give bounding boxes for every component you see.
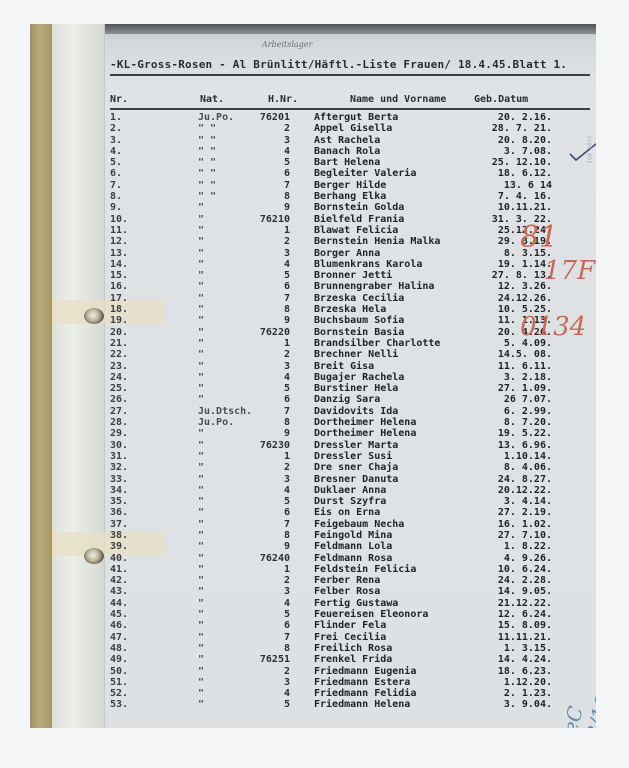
nationality: " (198, 248, 204, 259)
prisoner-number: 5 (234, 157, 290, 168)
table-row: 42."2Ferber Rena24. 2.28. (30, 575, 596, 586)
prisoner-name: Friedmann Estera (314, 677, 410, 688)
birth-date: 12. 6.24. (430, 609, 552, 620)
prisoner-name: Feigebaum Necha (314, 519, 404, 530)
prisoner-number: 3 (234, 361, 290, 372)
row-number: 12. (110, 236, 128, 247)
table-row: 53."5Friedmann Helena3. 9.04. (30, 699, 596, 710)
table-row: 21."1Brandsilber Charlotte5. 4.09. (30, 338, 596, 349)
prisoner-number: 8 (234, 530, 290, 541)
prisoner-name: Bronner Jetti (314, 270, 392, 281)
prisoner-name: Brzeska Cecilia (314, 293, 404, 304)
nationality: " (198, 214, 204, 225)
row-number: 1. (110, 112, 122, 123)
prisoner-name: Ferber Rena (314, 575, 380, 586)
prisoner-name: Fertig Gustawa (314, 598, 398, 609)
table-row: 4." "4Banach Rola3. 7.08. (30, 146, 596, 157)
table-row: 38."8Feingold Mina27. 7.10. (30, 530, 596, 541)
prisoner-number: 5 (234, 270, 290, 281)
birth-date: 10.11.21. (430, 202, 552, 213)
table-row: 30."76230Dressler Marta13. 6.96. (30, 440, 596, 451)
prisoner-name: Freilich Rosa (314, 643, 392, 654)
prisoner-name: Friedmann Felidia (314, 688, 416, 699)
birth-date: 14. 4.24. (430, 654, 552, 665)
nationality: " (198, 270, 204, 281)
row-number: 6. (110, 168, 122, 179)
table-row: 43."3Felber Rosa14. 9.05. (30, 586, 596, 597)
prisoner-number: 7 (234, 293, 290, 304)
prisoner-number: 9 (234, 428, 290, 439)
row-number: 48. (110, 643, 128, 654)
prisoner-number: 76230 (234, 440, 290, 451)
red-annotation: 17F (544, 256, 595, 286)
birth-date: 27. 2.19. (430, 507, 552, 518)
nationality: " (198, 654, 204, 665)
prisoner-name: Dortheimer Helena (314, 417, 416, 428)
prisoner-name: Feldmann Lola (314, 541, 392, 552)
table-row: 1.Ju.Po.76201Aftergut Berta20. 2.16. (30, 112, 596, 123)
nationality: " (198, 349, 204, 360)
table-row: 40."76240Feldmann Rosa4. 9.26. (30, 553, 596, 564)
birth-date: 6. 2.99. (430, 406, 552, 417)
nationality: " (198, 586, 204, 597)
prisoner-name: Duklaer Anna (314, 485, 386, 496)
row-number: 18. (110, 304, 128, 315)
table-row: 23."3Breit Gisa11. 6.11. (30, 361, 596, 372)
red-annotation: 81 (520, 220, 558, 255)
birth-date: 13. 6.96. (430, 440, 552, 451)
prisoner-number: 76240 (234, 553, 290, 564)
nationality: " (198, 598, 204, 609)
nationality: " (198, 315, 204, 326)
birth-date: 24. 2.28. (430, 575, 552, 586)
row-number: 11. (110, 225, 128, 236)
prisoner-name: Brunnengraber Halina (314, 281, 434, 292)
prisoner-number: 2 (234, 575, 290, 586)
nationality: " (198, 553, 204, 564)
nationality: " (198, 507, 204, 518)
table-row: 31."1Dressler Susi1.10.14. (30, 451, 596, 462)
row-number: 51. (110, 677, 128, 688)
birth-date: 10. 6.24. (430, 564, 552, 575)
prisoner-number: 3 (234, 248, 290, 259)
row-number: 15. (110, 270, 128, 281)
prisoner-number: 9 (234, 202, 290, 213)
table-row: 28.Ju.Po.8Dortheimer Helena8. 7.20. (30, 417, 596, 428)
row-number: 28. (110, 417, 128, 428)
prisoner-name: Appel Gisella (314, 123, 392, 134)
table-row: 15."5Bronner Jetti27. 8. 13. (30, 270, 596, 281)
table-row: 16."6Brunnengraber Halina12. 3.26. (30, 281, 596, 292)
nationality: " (198, 632, 204, 643)
prisoner-name: Feuereisen Eleonora (314, 609, 428, 620)
prisoner-name: Bugajer Rachela (314, 372, 404, 383)
table-row: 6." "6Begleiter Valeria18. 6.12. (30, 168, 596, 179)
title-rule (110, 74, 590, 76)
row-number: 17. (110, 293, 128, 304)
table-row: 33."3Bresner Danuta24. 8.27. (30, 474, 596, 485)
column-header-nat: Nat. (200, 94, 224, 105)
prisoner-name: Frei Cecilia (314, 632, 386, 643)
birth-date: 3. 4.14. (430, 496, 552, 507)
table-row: 41."1Feldstein Felicia10. 6.24. (30, 564, 596, 575)
row-number: 46. (110, 620, 128, 631)
prisoner-number: 5 (234, 609, 290, 620)
nationality: " (198, 609, 204, 620)
pencil-note: Arbeitslager (262, 40, 312, 49)
prisoner-name: Bielfeld Frania (314, 214, 404, 225)
table-row: 47."7Frei Cecilia11.11.21. (30, 632, 596, 643)
table-row: 5." "5Bart Helena25. 12.10. (30, 157, 596, 168)
nationality: " (198, 541, 204, 552)
prisoner-number: 2 (234, 123, 290, 134)
row-number: 44. (110, 598, 128, 609)
nationality: " (198, 293, 204, 304)
prisoner-name: Begleiter Valeria (314, 168, 416, 179)
birth-date: 3. 9.04. (430, 699, 552, 710)
red-annotation: 0134 (520, 312, 586, 342)
birth-date: 21.12.22. (430, 598, 552, 609)
prisoner-number: 1 (234, 451, 290, 462)
row-number: 43. (110, 586, 128, 597)
birth-date: 7. 4. 16. (430, 191, 552, 202)
nationality: " " (198, 146, 216, 157)
table-row: 14."4Blumenkrans Karola19. 1.14. (30, 259, 596, 270)
nationality: " (198, 394, 204, 405)
table-row: 24."4Bugajer Rachela3. 2.18. (30, 372, 596, 383)
prisoner-number: 76220 (234, 327, 290, 338)
table-row: 35."5Durst Szyfra3. 4.14. (30, 496, 596, 507)
row-number: 37. (110, 519, 128, 530)
nationality: " (198, 383, 204, 394)
nationality: Ju.Po. (198, 112, 234, 123)
birth-date: 1.10.14. (430, 451, 552, 462)
birth-date: 2. 1.23. (430, 688, 552, 699)
prisoner-number: 3 (234, 586, 290, 597)
birth-date: 18. 6.23. (430, 666, 552, 677)
prisoner-number: 5 (234, 496, 290, 507)
prisoner-name: Frenkel Frida (314, 654, 392, 665)
nationality: " (198, 236, 204, 247)
table-row: 50."2Friedmann Eugenia18. 6.23. (30, 666, 596, 677)
table-row: 45."5Feuereisen Eleonora12. 6.24. (30, 609, 596, 620)
prisoner-name: Feingold Mina (314, 530, 392, 541)
prisoner-name: Flinder Fela (314, 620, 386, 631)
prisoner-name: Durst Szyfra (314, 496, 386, 507)
prisoner-number: 76210 (234, 214, 290, 225)
row-number: 49. (110, 654, 128, 665)
prisoner-name: Berger Hilde (314, 180, 386, 191)
birth-date: 11.11.21. (430, 632, 552, 643)
prisoner-name: Banach Rola (314, 146, 380, 157)
row-number: 16. (110, 281, 128, 292)
prisoner-number: 3 (234, 135, 290, 146)
prisoner-name: Dortheimer Helena (314, 428, 416, 439)
nationality: " " (198, 135, 216, 146)
prisoner-name: Blawat Felicia (314, 225, 398, 236)
prisoner-number: 4 (234, 688, 290, 699)
birth-date: 20.12.22. (430, 485, 552, 496)
prisoner-number: 4 (234, 146, 290, 157)
prisoner-number: 5 (234, 699, 290, 710)
table-row: 49."76251Frenkel Frida14. 4.24. (30, 654, 596, 665)
table-row: 12."2Bernstein Henia Malka29. 8.19. (30, 236, 596, 247)
column-header-date: Geb.Datum (474, 94, 528, 105)
prisoner-name: Blumenkrans Karola (314, 259, 422, 270)
nationality: " (198, 361, 204, 372)
birth-date: 18. 6.12. (430, 168, 552, 179)
table-row: 2." "2Appel Gisella28. 7. 21. (30, 123, 596, 134)
table-row: 37."7Feigebaum Necha16. 1.02. (30, 519, 596, 530)
prisoner-number: 2 (234, 349, 290, 360)
prisoner-name: Breit Gisa (314, 361, 374, 372)
row-number: 4. (110, 146, 122, 157)
row-number: 30. (110, 440, 128, 451)
prisoner-name: Friedmann Eugenia (314, 666, 416, 677)
table-row: 34."4Duklaer Anna20.12.22. (30, 485, 596, 496)
prisoner-number: 9 (234, 315, 290, 326)
table-row: 36."6Eis on Erna27. 2.19. (30, 507, 596, 518)
prisoner-number: 6 (234, 281, 290, 292)
birth-date: 20. 2.16. (430, 112, 552, 123)
nationality: " (198, 677, 204, 688)
row-number: 14. (110, 259, 128, 270)
birth-date: 4. 9.26. (430, 553, 552, 564)
prisoner-name: Feldmann Rosa (314, 553, 392, 564)
archive-stamp: ▯▯▯ ▯▯▯▯ (586, 135, 594, 164)
table-row: 17."7Brzeska Cecilia24.12.26. (30, 293, 596, 304)
birth-date: 28. 7. 21. (430, 123, 552, 134)
prisoner-name: Burstiner Hela (314, 383, 398, 394)
prisoner-number: 5 (234, 383, 290, 394)
nationality: " (198, 259, 204, 270)
column-header-name: Name und Vorname (350, 94, 446, 105)
row-number: 40. (110, 553, 128, 564)
birth-date: 24. 8.27. (430, 474, 552, 485)
row-number: 50. (110, 666, 128, 677)
birth-date: 8. 7.20. (430, 417, 552, 428)
table-row: 19."9Buchsbaum Sofia11. 1.13. (30, 315, 596, 326)
row-number: 9. (110, 202, 122, 213)
prisoner-number: 76251 (234, 654, 290, 665)
birth-date: 24.12.26. (430, 293, 552, 304)
row-number: 36. (110, 507, 128, 518)
prisoner-number: 6 (234, 168, 290, 179)
prisoner-name: Bernstein Henia Malka (314, 236, 440, 247)
row-number: 35. (110, 496, 128, 507)
birth-date: 12. 3.26. (430, 281, 552, 292)
table-row: 20."76220Bornstein Basia20. 4.26. (30, 327, 596, 338)
document-photo: Arbeitslager -KL-Gross-Rosen - Al Brünli… (30, 24, 596, 728)
birth-date: 25. 12.10. (430, 157, 552, 168)
prisoner-name: Feldstein Felicia (314, 564, 416, 575)
birth-date: 1. 8.22. (430, 541, 552, 552)
prisoner-name: Aftergut Berta (314, 112, 398, 123)
birth-date: 27. 1.09. (430, 383, 552, 394)
row-number: 8. (110, 191, 122, 202)
nationality: " (198, 225, 204, 236)
nationality: " (198, 281, 204, 292)
nationality: " (198, 462, 204, 473)
nationality: " (198, 372, 204, 383)
row-number: 3. (110, 135, 122, 146)
prisoner-number: 1 (234, 338, 290, 349)
prisoner-name: Berhang Elka (314, 191, 386, 202)
prisoner-name: Bart Helena (314, 157, 380, 168)
birth-date: 14. 9.05. (430, 586, 552, 597)
prisoner-number: 3 (234, 474, 290, 485)
birth-date: 1. 3.15. (430, 643, 552, 654)
table-row: 52."4Friedmann Felidia2. 1.23. (30, 688, 596, 699)
table-row: 32."2Dre sner Chaja8. 4.06. (30, 462, 596, 473)
birth-date: 20. 8.20. (430, 135, 552, 146)
prisoner-name: Bresner Danuta (314, 474, 398, 485)
nationality: " (198, 474, 204, 485)
nationality: " (198, 202, 204, 213)
prisoner-number: 9 (234, 541, 290, 552)
row-number: 31. (110, 451, 128, 462)
row-number: 38. (110, 530, 128, 541)
table-row: 48."8Freilich Rosa1. 3.15. (30, 643, 596, 654)
row-number: 21. (110, 338, 128, 349)
birth-date: 16. 1.02. (430, 519, 552, 530)
birth-date: 3. 2.18. (430, 372, 552, 383)
document-title: -KL-Gross-Rosen - Al Brünlitt/Häftl.-Lis… (110, 58, 567, 71)
table-row: 9."9Bornstein Golda10.11.21. (30, 202, 596, 213)
row-number: 19. (110, 315, 128, 326)
prisoner-name: Dressler Marta (314, 440, 398, 451)
prisoner-number: 7 (234, 180, 290, 191)
nationality: " (198, 428, 204, 439)
table-row: 18."8Brzeska Hela10. 5.25. (30, 304, 596, 315)
row-number: 41. (110, 564, 128, 575)
row-number: 7. (110, 180, 122, 191)
prisoner-number: 7 (234, 406, 290, 417)
birth-date: 19. 5.22. (430, 428, 552, 439)
prisoner-name: Danzig Sara (314, 394, 380, 405)
nationality: " (198, 530, 204, 541)
prisoner-name: Borger Anna (314, 248, 380, 259)
prisoner-name: Felber Rosa (314, 586, 380, 597)
birth-date: 8. 4.06. (430, 462, 552, 473)
prisoner-number: 4 (234, 485, 290, 496)
prisoner-number: 8 (234, 417, 290, 428)
table-row: 8." "8Berhang Elka7. 4. 16. (30, 191, 596, 202)
nationality: " (198, 485, 204, 496)
nationality: " (198, 496, 204, 507)
birth-date: 13. 6 14 (430, 180, 552, 191)
table-row: 10."76210Bielfeld Frania31. 3. 22. (30, 214, 596, 225)
nationality: " " (198, 180, 216, 191)
nationality: " (198, 304, 204, 315)
row-number: 34. (110, 485, 128, 496)
nationality: " (198, 327, 204, 338)
column-header-nr: Nr. (110, 94, 128, 105)
birth-date: 15. 8.09. (430, 620, 552, 631)
table-row: 22."2Brechner Nelli14.5. 08. (30, 349, 596, 360)
row-number: 10. (110, 214, 128, 225)
row-number: 32. (110, 462, 128, 473)
prisoner-name: Brandsilber Charlotte (314, 338, 440, 349)
birth-date: 3. 7.08. (430, 146, 552, 157)
row-number: 47. (110, 632, 128, 643)
table-row: 44."4Fertig Gustawa21.12.22. (30, 598, 596, 609)
row-number: 5. (110, 157, 122, 168)
nationality: " (198, 338, 204, 349)
prisoner-name: Friedmann Helena (314, 699, 410, 710)
row-number: 42. (110, 575, 128, 586)
prisoner-number: 3 (234, 677, 290, 688)
prisoner-name: Eis on Erna (314, 507, 380, 518)
nationality: " (198, 620, 204, 631)
table-row: 3." "3Ast Rachela20. 8.20. (30, 135, 596, 146)
row-number: 2. (110, 123, 122, 134)
prisoner-name: Davidovits Ida (314, 406, 398, 417)
row-number: 39. (110, 541, 128, 552)
prisoner-number: 76201 (234, 112, 290, 123)
birth-date: 14.5. 08. (430, 349, 552, 360)
prisoner-name: Brzeska Hela (314, 304, 386, 315)
nationality: " (198, 519, 204, 530)
row-number: 24. (110, 372, 128, 383)
prisoner-number: 6 (234, 394, 290, 405)
prisoner-number: 1 (234, 564, 290, 575)
row-number: 25. (110, 383, 128, 394)
prisoner-number: 7 (234, 519, 290, 530)
nationality: " (198, 666, 204, 677)
prisoner-number: 6 (234, 620, 290, 631)
birth-date: 11. 6.11. (430, 361, 552, 372)
row-number: 13. (110, 248, 128, 259)
prisoner-number: 4 (234, 372, 290, 383)
nationality: " " (198, 191, 216, 202)
prisoner-number: 7 (234, 632, 290, 643)
row-number: 26. (110, 394, 128, 405)
row-number: 22. (110, 349, 128, 360)
nationality: " " (198, 168, 216, 179)
prisoner-name: Buchsbaum Sofia (314, 315, 404, 326)
prisoner-number: 4 (234, 259, 290, 270)
birth-date: 19. 1.14. (430, 259, 552, 270)
row-number: 45. (110, 609, 128, 620)
birth-date: 26 7.07. (430, 394, 552, 405)
prisoner-name: Dressler Susi (314, 451, 392, 462)
table-row: 39."9Feldmann Lola1. 8.22. (30, 541, 596, 552)
row-number: 52. (110, 688, 128, 699)
nationality: " (198, 575, 204, 586)
header-rule (110, 108, 590, 110)
nationality: " (198, 564, 204, 575)
row-number: 23. (110, 361, 128, 372)
row-number: 29. (110, 428, 128, 439)
nationality: " " (198, 157, 216, 168)
prisoner-name: Bornstein Golda (314, 202, 404, 213)
prisoner-name: Brechner Nelli (314, 349, 398, 360)
prisoner-number: 8 (234, 643, 290, 654)
table-row: 46."6Flinder Fela15. 8.09. (30, 620, 596, 631)
row-number: 33. (110, 474, 128, 485)
row-number: 27. (110, 406, 128, 417)
nationality: " (198, 451, 204, 462)
birth-date: 27. 8. 13. (430, 270, 552, 281)
prisoner-number: 4 (234, 598, 290, 609)
nationality: " (198, 440, 204, 451)
nationality: Ju.Po. (198, 417, 234, 428)
nationality: " (198, 643, 204, 654)
table-row: 11."1Blawat Felicia25.12.24. (30, 225, 596, 236)
birth-date: 27. 7.10. (430, 530, 552, 541)
prisoner-number: 8 (234, 304, 290, 315)
